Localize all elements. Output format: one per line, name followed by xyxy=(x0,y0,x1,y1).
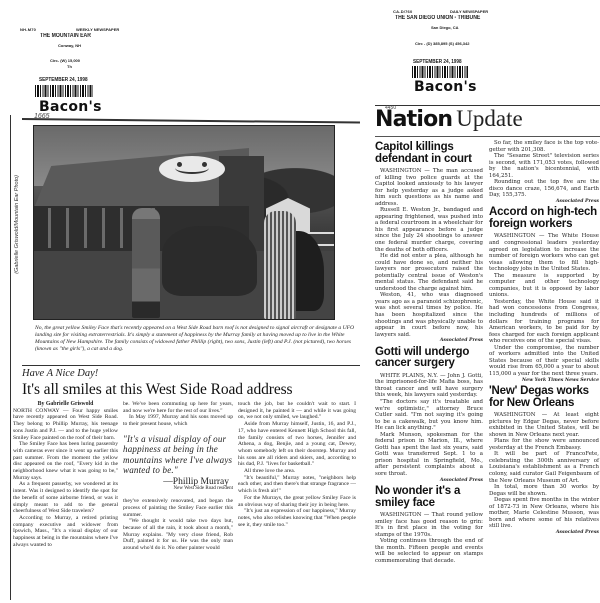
paragraph: In May 1997, Murray and his sons moved u… xyxy=(123,414,233,427)
paragraph: Degas spent five months in the winter of… xyxy=(489,497,599,530)
paragraph: "It's beautiful," Murray notes, "neighbo… xyxy=(238,475,356,495)
column-1: By Gabrielle Griswold NORTH CONWAY — Fou… xyxy=(13,401,118,548)
person-phillip xyxy=(264,211,296,319)
story-headline: 'New' Degas works for New Orleans xyxy=(489,386,599,409)
paragraph: According to Murray, a retired printing … xyxy=(13,515,118,549)
stamp-circulation-suffix: Th xyxy=(67,64,72,69)
story-headline: Capitol killings defendant in court xyxy=(375,142,483,165)
pull-quote-title: New West Side Road resident xyxy=(123,486,233,493)
paragraph: WHITE PLAINS, N.Y. — John J. Gotti, the … xyxy=(375,373,483,399)
paragraph: they've extensively renovated, and began… xyxy=(123,498,233,518)
divider xyxy=(375,136,600,137)
stamp-kind: WEEKLY NEWSPAPER xyxy=(76,27,119,32)
story-credit: Associated Press xyxy=(489,530,599,537)
paragraph: WASHINGTON — That round yellow smiley fa… xyxy=(375,512,483,538)
paragraph: Plans for the show were announced yester… xyxy=(489,438,599,451)
photo-caption: No, the great yellow Smiley Face that's … xyxy=(35,325,355,353)
nation-update-section: 4450 Nation Update Capitol killings defe… xyxy=(367,105,600,603)
section-title-light: Update xyxy=(456,106,522,131)
paragraph: As a frequent passerby, we wondered at i… xyxy=(13,481,118,515)
top-rule xyxy=(22,118,360,124)
stamp-date: SEPTEMBER 24, 1998 xyxy=(39,77,88,83)
paragraph: The "Sesame Street" television series is… xyxy=(489,153,599,179)
paragraph: touch the job, but he couldn't wait to s… xyxy=(238,401,356,421)
paragraph: NORTH CONWAY — Four happy smiles have re… xyxy=(13,408,118,442)
paragraph: The Smiley Face has been luring passersb… xyxy=(13,441,118,481)
stamp-date: SEPTEMBER 24, 1998 xyxy=(413,59,462,65)
section-title: Nation Update xyxy=(375,106,523,132)
story-credit: Associated Press xyxy=(375,338,483,345)
story-headline: Accord on high-tech foreign workers xyxy=(489,207,599,230)
story-credit: Associated Press xyxy=(489,199,599,206)
stamp-kind: DAILY NEWSPAPER xyxy=(450,9,488,14)
column-2: be. We've been commuting up here for yea… xyxy=(123,401,233,552)
paragraph: For the Murrays, the great yellow Smiley… xyxy=(238,495,356,508)
paragraph: The measure is supported by computer and… xyxy=(489,273,599,299)
photo-credit: (Gabrielle Griswold/Mountain Ear Photo) xyxy=(14,175,20,274)
paragraph: Mark Munson, spokesman for the federal p… xyxy=(375,432,483,478)
nation-column-2: So far, the smiley face is the top vote-… xyxy=(489,140,599,536)
story-credit: Associated Press xyxy=(375,478,483,485)
bacons-logo: Bacon's xyxy=(414,79,477,95)
pull-quote-attribution: —Phillip Murray xyxy=(123,479,229,486)
paragraph: WASHINGTON — The man accused of killing … xyxy=(375,168,483,207)
divider xyxy=(22,365,360,366)
section-title-bold: Nation xyxy=(375,107,452,132)
column-3: touch the job, but he couldn't wait to s… xyxy=(238,401,356,528)
barcode-icon xyxy=(412,66,468,78)
paragraph: Rounding out the top five are the disco … xyxy=(489,179,599,199)
paragraph: WASHINGTON — At least eight pictures by … xyxy=(489,412,599,438)
headline: It's all smiles at this West Side Road a… xyxy=(22,381,292,399)
paragraph: It will be part of FrancoFete, celebrati… xyxy=(489,451,599,484)
clipping-edge xyxy=(10,115,11,600)
story-headline: Gotti will undergo cancer surgery xyxy=(375,347,483,370)
stamp-code: NH-M70 xyxy=(20,27,36,32)
paragraph: "It's just an expression of our happines… xyxy=(238,508,356,528)
article-photo xyxy=(33,125,335,320)
right-clipping-stamp: CA-D/760 DAILY NEWSPAPER THE SAN DIEGO U… xyxy=(360,0,600,105)
kicker: Have A Nice Day! xyxy=(22,368,98,379)
byline: By Gabrielle Griswold xyxy=(13,401,118,408)
nation-column-1: Capitol killings defendant in court WASH… xyxy=(375,140,483,564)
horse xyxy=(162,226,257,296)
paragraph: be. We've been commuting up here for yea… xyxy=(123,401,233,414)
paragraph: Yesterday, the White House said it had w… xyxy=(489,299,599,345)
stamp-circulation: Circ- (W) 15,000 xyxy=(50,58,80,63)
paragraph: Under the compromise, the number of work… xyxy=(489,345,599,378)
paragraph: All three love the area. xyxy=(238,468,356,475)
handwritten-mark: 1665 xyxy=(34,113,50,120)
person-justin xyxy=(132,208,160,318)
barcode-icon xyxy=(35,85,93,97)
mountain-ear-article: 1665 (Gabrielle Griswold/Mountain Ear Ph… xyxy=(10,115,362,600)
story-credit: New York Times News Service xyxy=(489,378,599,385)
paragraph: He did not enter a plea, although he cou… xyxy=(375,253,483,292)
stamp-location: San Diego, CA xyxy=(431,25,459,30)
paragraph: Russell E. Weston Jr., bandaged and appe… xyxy=(375,207,483,253)
stamp-circulation: Circ - (D) 385,895 (S) 456,342 xyxy=(415,41,469,46)
paragraph: Weston, 41, who was diagnosed years ago … xyxy=(375,292,483,338)
stamp-code: CA-D/760 xyxy=(393,9,412,14)
paragraph: Aside from Murray himself, Justin, 16, a… xyxy=(238,421,356,468)
paragraph: "The doctors say it's treatable and we'r… xyxy=(375,399,483,432)
story-headline: No wonder it's a smiley face xyxy=(375,486,483,509)
paragraph: So far, the smiley face is the top vote-… xyxy=(489,140,599,153)
smiley-face-icon xyxy=(159,156,225,182)
stamp-paper-name: THE MOUNTAIN EAR xyxy=(40,33,91,39)
stamp-location: Conway, NH xyxy=(58,43,81,48)
pull-quote: "It's a visual display of our happiness … xyxy=(123,434,233,476)
paragraph: "We thought it would take two days but, … xyxy=(123,518,233,552)
paragraph: Voting continues through the end of the … xyxy=(375,538,483,564)
stamp-paper-name: THE SAN DIEGO UNION - TRIBUNE xyxy=(395,15,480,21)
paragraph: WASHINGTON — The White House and congres… xyxy=(489,233,599,272)
paragraph: In total, more than 30 works by Degas wi… xyxy=(489,484,599,497)
left-clipping-stamp: NH-M70 WEEKLY NEWSPAPER THE MOUNTAIN EAR… xyxy=(0,0,200,115)
